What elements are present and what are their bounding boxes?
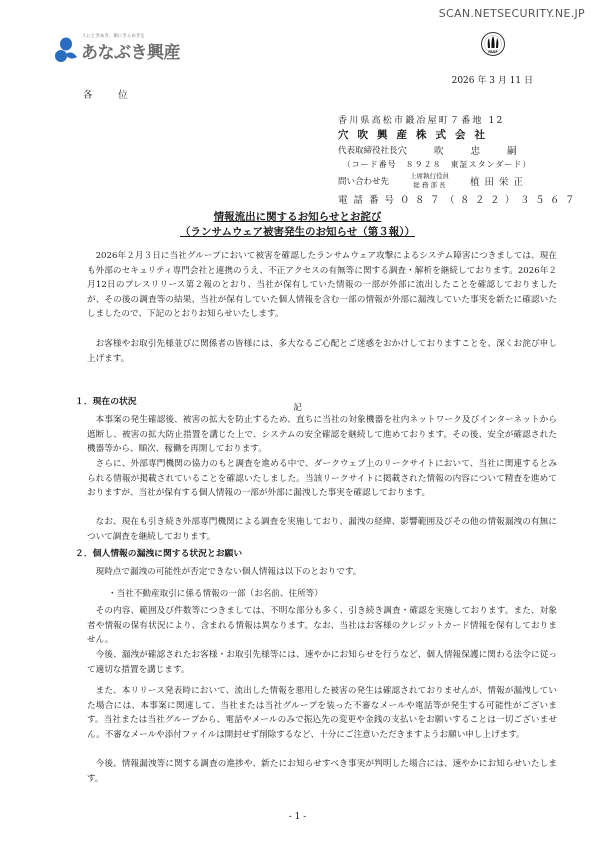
document-title: 情報流出に関するお知らせとお詫び （ランサムウェア被害発生のお知らせ（第３報））	[0, 210, 595, 240]
addressee: 各 位	[83, 87, 136, 101]
intro-paragraph-1: 2026年２月３日に当社グループにおいて被害を確認したランサムウェア攻撃によるシ…	[87, 249, 557, 322]
title-line1: 情報流出に関するお知らせとお詫び	[214, 211, 382, 223]
company-info: 香川県高松市鍛冶屋町７番地 12 穴吹興産株式会社 代表取締役社長 穴 吹 忠 …	[338, 112, 528, 207]
representative-label: 代表取締役社長	[338, 144, 398, 156]
phone-row: 電話番号 ０８７（８２２）３５６７	[338, 191, 528, 207]
section-2-lead: 現時点で漏洩の可能性が否定できない個人情報は以下のとおりです。	[87, 565, 557, 580]
representative-row: 代表取締役社長 穴 吹 忠 嗣	[338, 142, 528, 157]
section-2-bullet: ・当社不動産取引に係る情報の一部（お名前、住所等）	[108, 587, 323, 602]
section-1-paragraph-3: なお、現在も引き続き外部専門機関による調査を実施しており、漏洩の経緯、影響範囲及…	[87, 515, 557, 544]
logo-mark-icon	[55, 37, 79, 63]
contact-title-line2: 総 務 部 長	[410, 181, 449, 190]
page-number: - 1 -	[0, 812, 595, 822]
issue-date: 2026 年 3 月 11 日	[452, 73, 533, 86]
stock-code: （コード番号 ８９２８ 東証スタンダード）	[338, 157, 528, 171]
phone-number: ０８７（８２２）３５６７	[400, 192, 580, 206]
watermark: SCAN.NETSECURITY.NE.JP	[439, 7, 585, 20]
contact-title-line1: 上席執行役員	[410, 172, 449, 181]
phone-label: 電話番号	[338, 192, 400, 206]
section-2-paragraph-1: その内容、範囲及び件数等につきましては、不明な部分も多く、引き続き調査・確認を実…	[87, 604, 557, 648]
section-2-heading: ２．個人情報の漏洩に関する状況とお願い	[75, 546, 242, 559]
company-address: 香川県高松市鍛冶屋町７番地 12	[338, 112, 528, 126]
company-logo: 人にときめき、街にきらめきを あなぶき興産	[55, 33, 190, 65]
intro-paragraph-2: お客様やお取引先様並びに関係者の皆様には、多大なるご心配とご迷惑をおかけしており…	[87, 337, 557, 366]
contact-row: 問い合わせ先 上席執行役員 総 務 部 長 植田栄正	[338, 171, 528, 191]
section-2-paragraph-3: また、本リリース発表時において、流出した情報を悪用した被害の発生は確認されており…	[87, 684, 557, 742]
contact-name: 植田栄正	[470, 174, 528, 188]
representative-name: 穴 吹 忠 嗣	[398, 143, 529, 157]
section-2-paragraph-4: 今後、情報漏洩等に関する調査の進捗や、新たにお知らせすべき事実が判明した場合には…	[87, 757, 557, 786]
contact-title: 上席執行役員 総 務 部 長	[410, 172, 449, 190]
company-name: 穴吹興産株式会社	[338, 126, 528, 142]
section-2-paragraph-2: 今後、漏洩が確認されたお客様・お取引先様等には、速やかにお知らせを行うなど、個人…	[87, 648, 557, 677]
section-1-heading: １．現在の状況	[75, 394, 137, 407]
fasf-emblem: FASF	[480, 31, 506, 61]
svg-text:FASF: FASF	[488, 50, 498, 54]
contact-label: 問い合わせ先	[338, 175, 389, 187]
title-line2: （ランサムウェア被害発生のお知らせ（第３報））	[180, 226, 415, 238]
section-1-paragraph-1: 本事案の発生確認後、被害の拡大を防止するため、直ちに当社の対象機器を社内ネットワ…	[87, 413, 557, 457]
section-1-paragraph-2: さらに、外部専門機関の協力のもと調査を進める中で、ダークウェブ上のリークサイトに…	[87, 457, 557, 501]
fasf-emblem-icon: FASF	[480, 31, 506, 61]
logo-name: あなぶき興産	[81, 38, 180, 63]
